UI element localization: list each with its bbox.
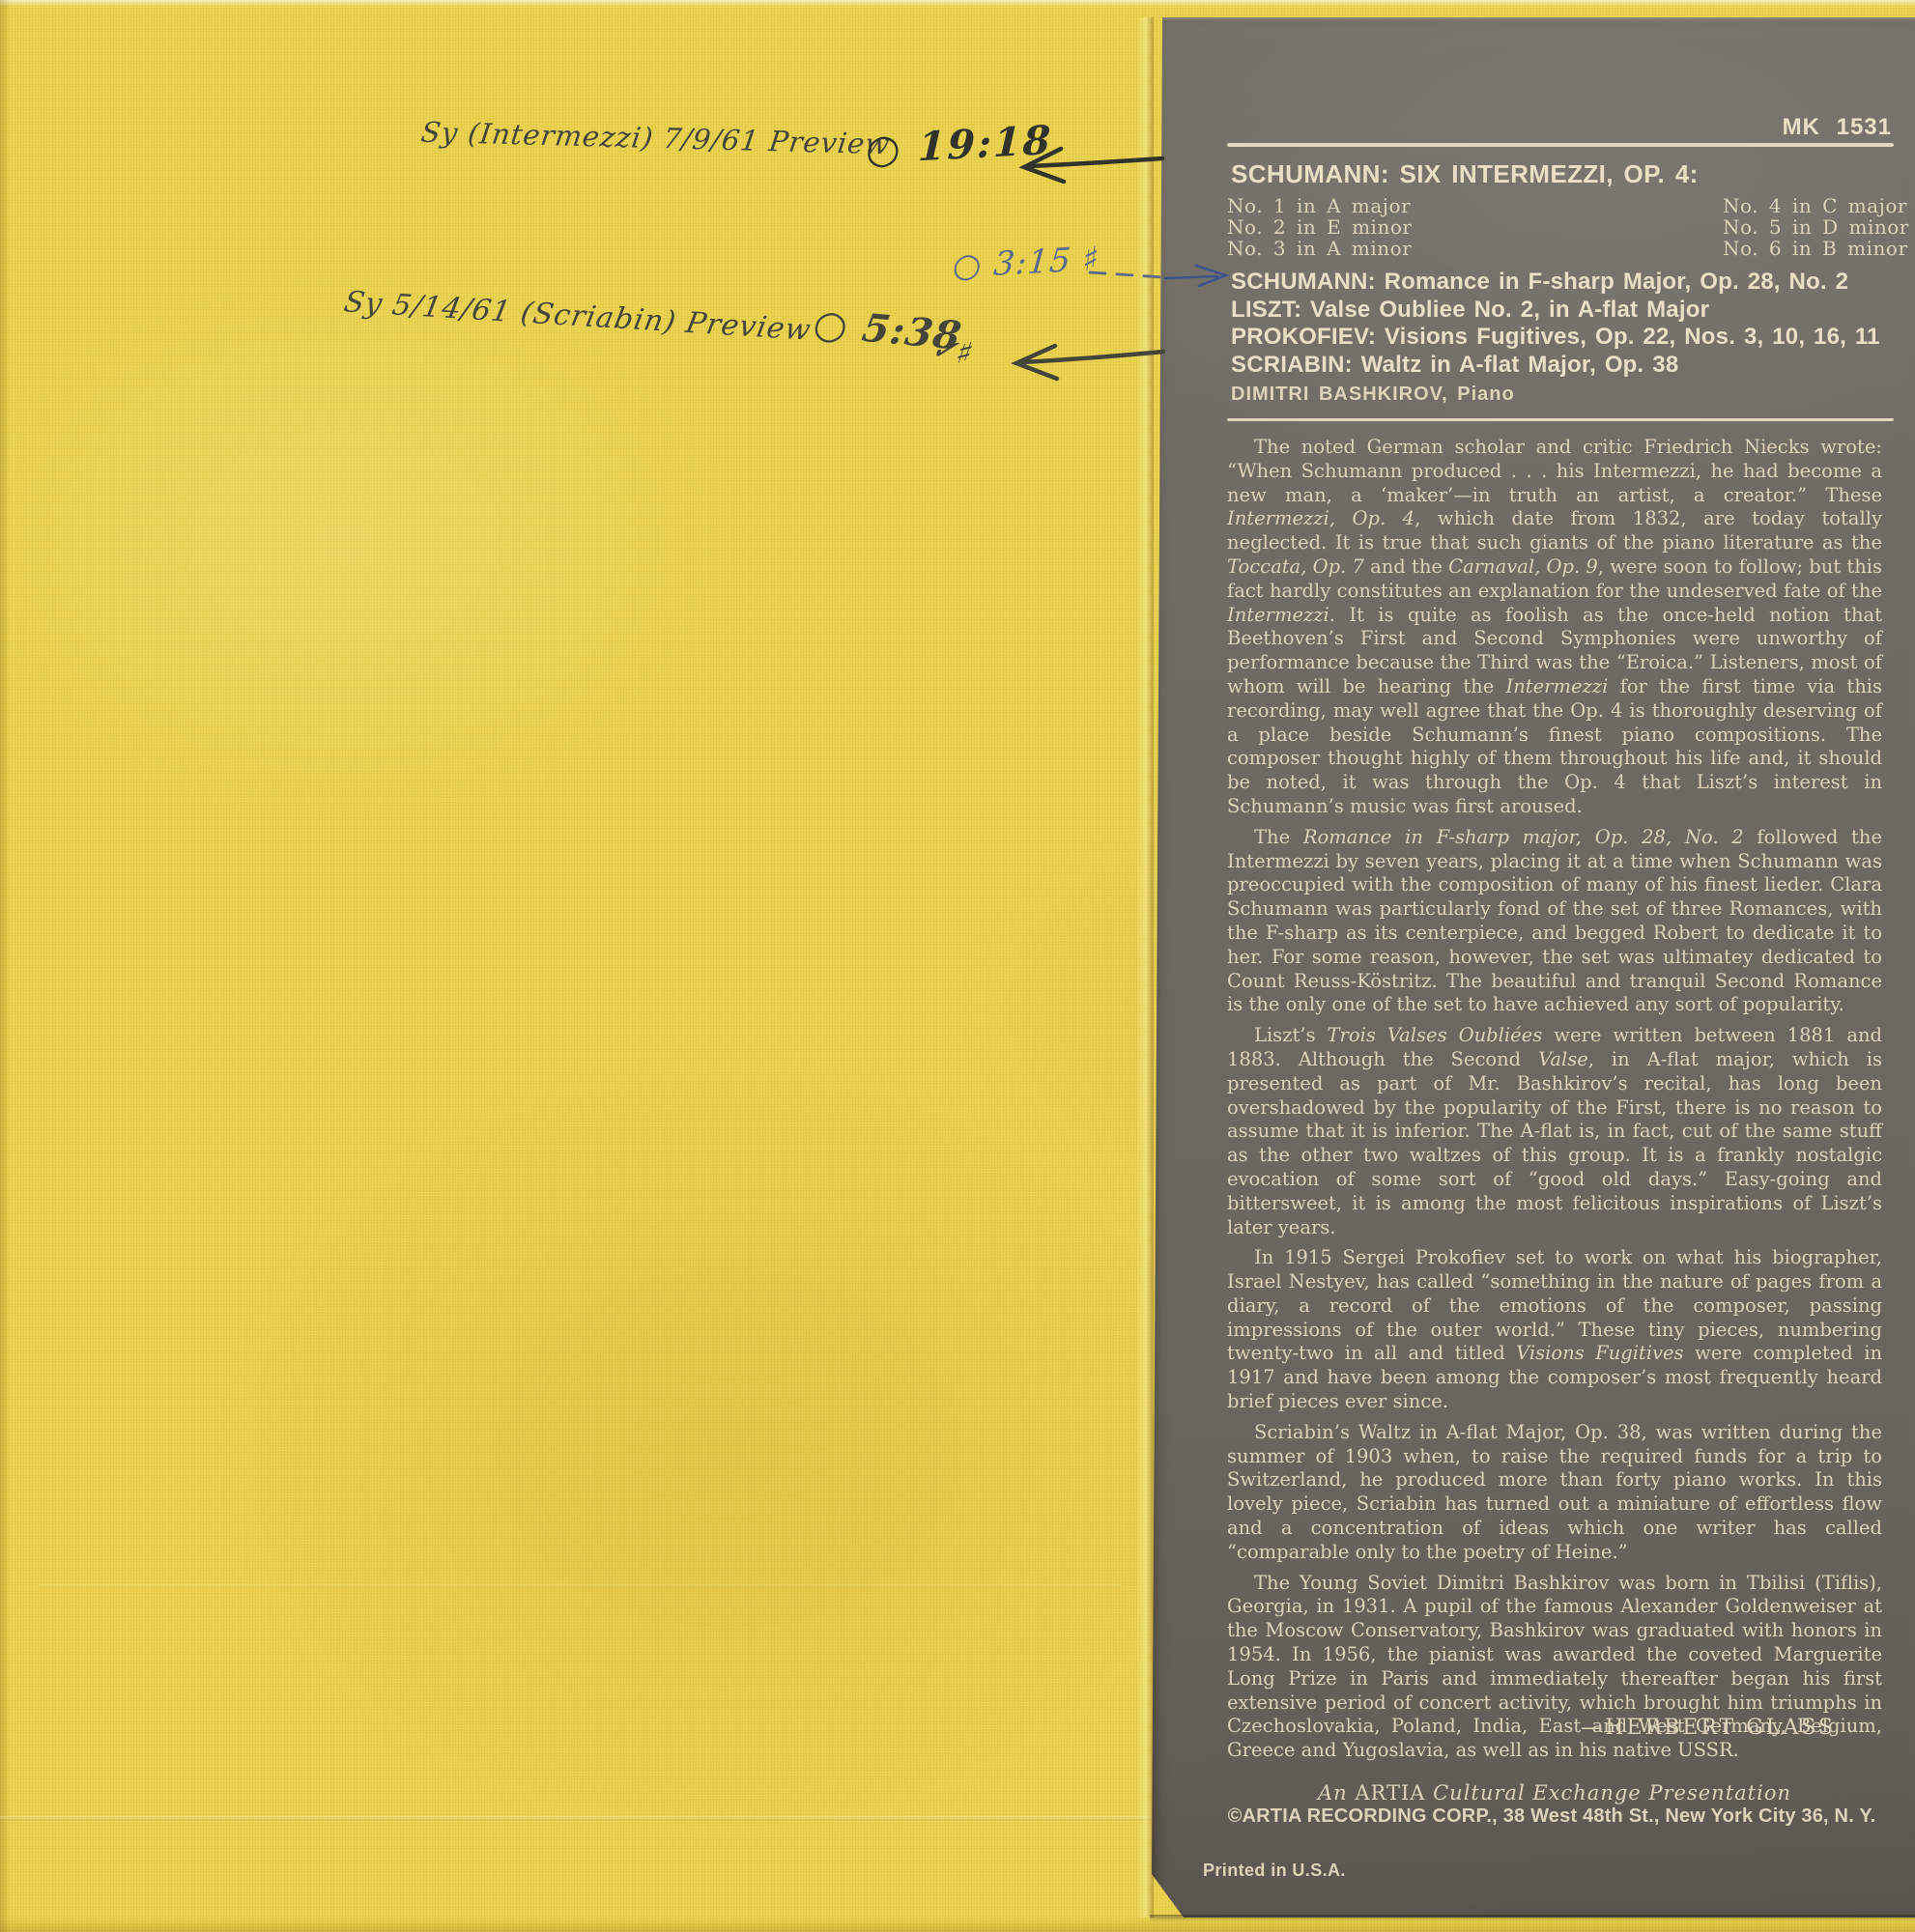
intermezzo-entry: No. 5 in D minor bbox=[1723, 216, 1909, 238]
presentation-prefix: An bbox=[1318, 1781, 1355, 1804]
album-heading: SCHUMANN: SIX INTERMEZZI, OP. 4: bbox=[1231, 159, 1699, 189]
top-rule bbox=[1227, 143, 1894, 147]
intermezzo-entry: No. 6 in B minor bbox=[1723, 238, 1909, 259]
handwritten-timing-2: ○ 3:15 ♯ bbox=[951, 240, 1100, 286]
intermezzo-entry: No. 2 in E minor bbox=[1227, 216, 1412, 238]
liner-notes-panel: MK 1531 SCHUMANN: SIX INTERMEZZI, OP. 4:… bbox=[1150, 17, 1915, 1918]
program-line: PROKOFIEV: Visions Fugitives, Op. 22, No… bbox=[1231, 324, 1896, 352]
liner-notes-paragraph: Liszt’s Trois Valses Oubliées were writt… bbox=[1227, 1024, 1882, 1239]
program-line: LISZT: Valse Oubliee No. 2, in A-flat Ma… bbox=[1231, 297, 1896, 325]
cloth-crease bbox=[0, 1816, 1159, 1821]
liner-notes-paragraph: The noted German scholar and critic Frie… bbox=[1227, 436, 1882, 819]
intermezzi-list-right: No. 4 in C majorNo. 5 in D minorNo. 6 in… bbox=[1723, 195, 1909, 259]
catalog-number: MK 1531 bbox=[1783, 114, 1892, 141]
handwritten-session-note-1: Sy (Intermezzi) 7/9/61 Preview bbox=[419, 116, 893, 161]
cover-top-edge bbox=[0, 0, 1915, 7]
liner-notes-text: The noted German scholar and critic Frie… bbox=[1227, 436, 1882, 1770]
intermezzi-list-left: No. 1 in A majorNo. 2 in E minorNo. 3 in… bbox=[1227, 195, 1412, 259]
program-line: SCHUMANN: Romance in F-sharp Major, Op. … bbox=[1231, 269, 1896, 297]
intermezzo-entry: No. 3 in A minor bbox=[1227, 238, 1412, 259]
liner-notes-paragraph: In 1915 Sergei Prokofiev set to work on … bbox=[1227, 1246, 1882, 1414]
handwritten-timing-1: ○ 19:18 bbox=[865, 117, 1053, 173]
printed-in-usa: Printed in U.S.A. bbox=[1203, 1861, 1346, 1881]
cloth-crease-faint bbox=[39, 1584, 1121, 1587]
liner-notes-paragraph: The Romance in F-sharp major, Op. 28, No… bbox=[1227, 826, 1882, 1017]
presentation-suffix: Cultural Exchange Presentation bbox=[1425, 1781, 1791, 1804]
album-back-cover-scan: Sy (Intermezzi) 7/9/61 Preview ○ 19:18 ○… bbox=[0, 0, 1915, 1932]
intermezzo-entry: No. 1 in A major bbox=[1227, 195, 1412, 216]
mid-rule bbox=[1227, 418, 1894, 421]
program-line: SCRIABIN: Waltz in A-flat Major, Op. 38 bbox=[1231, 352, 1896, 380]
intermezzo-entry: No. 4 in C major bbox=[1723, 195, 1909, 216]
copyright-line: ©ARTIA RECORDING CORP., 38 West 48th St.… bbox=[1208, 1805, 1896, 1828]
handwritten-session-note-3: Sy 5/14/61 (Scriabin) Preview bbox=[341, 285, 814, 347]
program-list: SCHUMANN: Romance in F-sharp Major, Op. … bbox=[1231, 269, 1896, 379]
author-byline: —HERBERT GLASS bbox=[1581, 1716, 1836, 1740]
performer-credit: DIMITRI BASHKIROV, Piano bbox=[1231, 384, 1515, 406]
panel-bottom-shadow bbox=[1150, 1915, 1915, 1921]
brand-name: ARTIA bbox=[1355, 1781, 1425, 1804]
panel-edge-fold bbox=[1136, 17, 1154, 1918]
presentation-line: An ARTIA Cultural Exchange Presentation bbox=[1227, 1781, 1882, 1804]
cover-left-edge bbox=[0, 0, 10, 1932]
liner-notes-paragraph: Scriabin’s Waltz in A-flat Major, Op. 38… bbox=[1227, 1421, 1882, 1565]
